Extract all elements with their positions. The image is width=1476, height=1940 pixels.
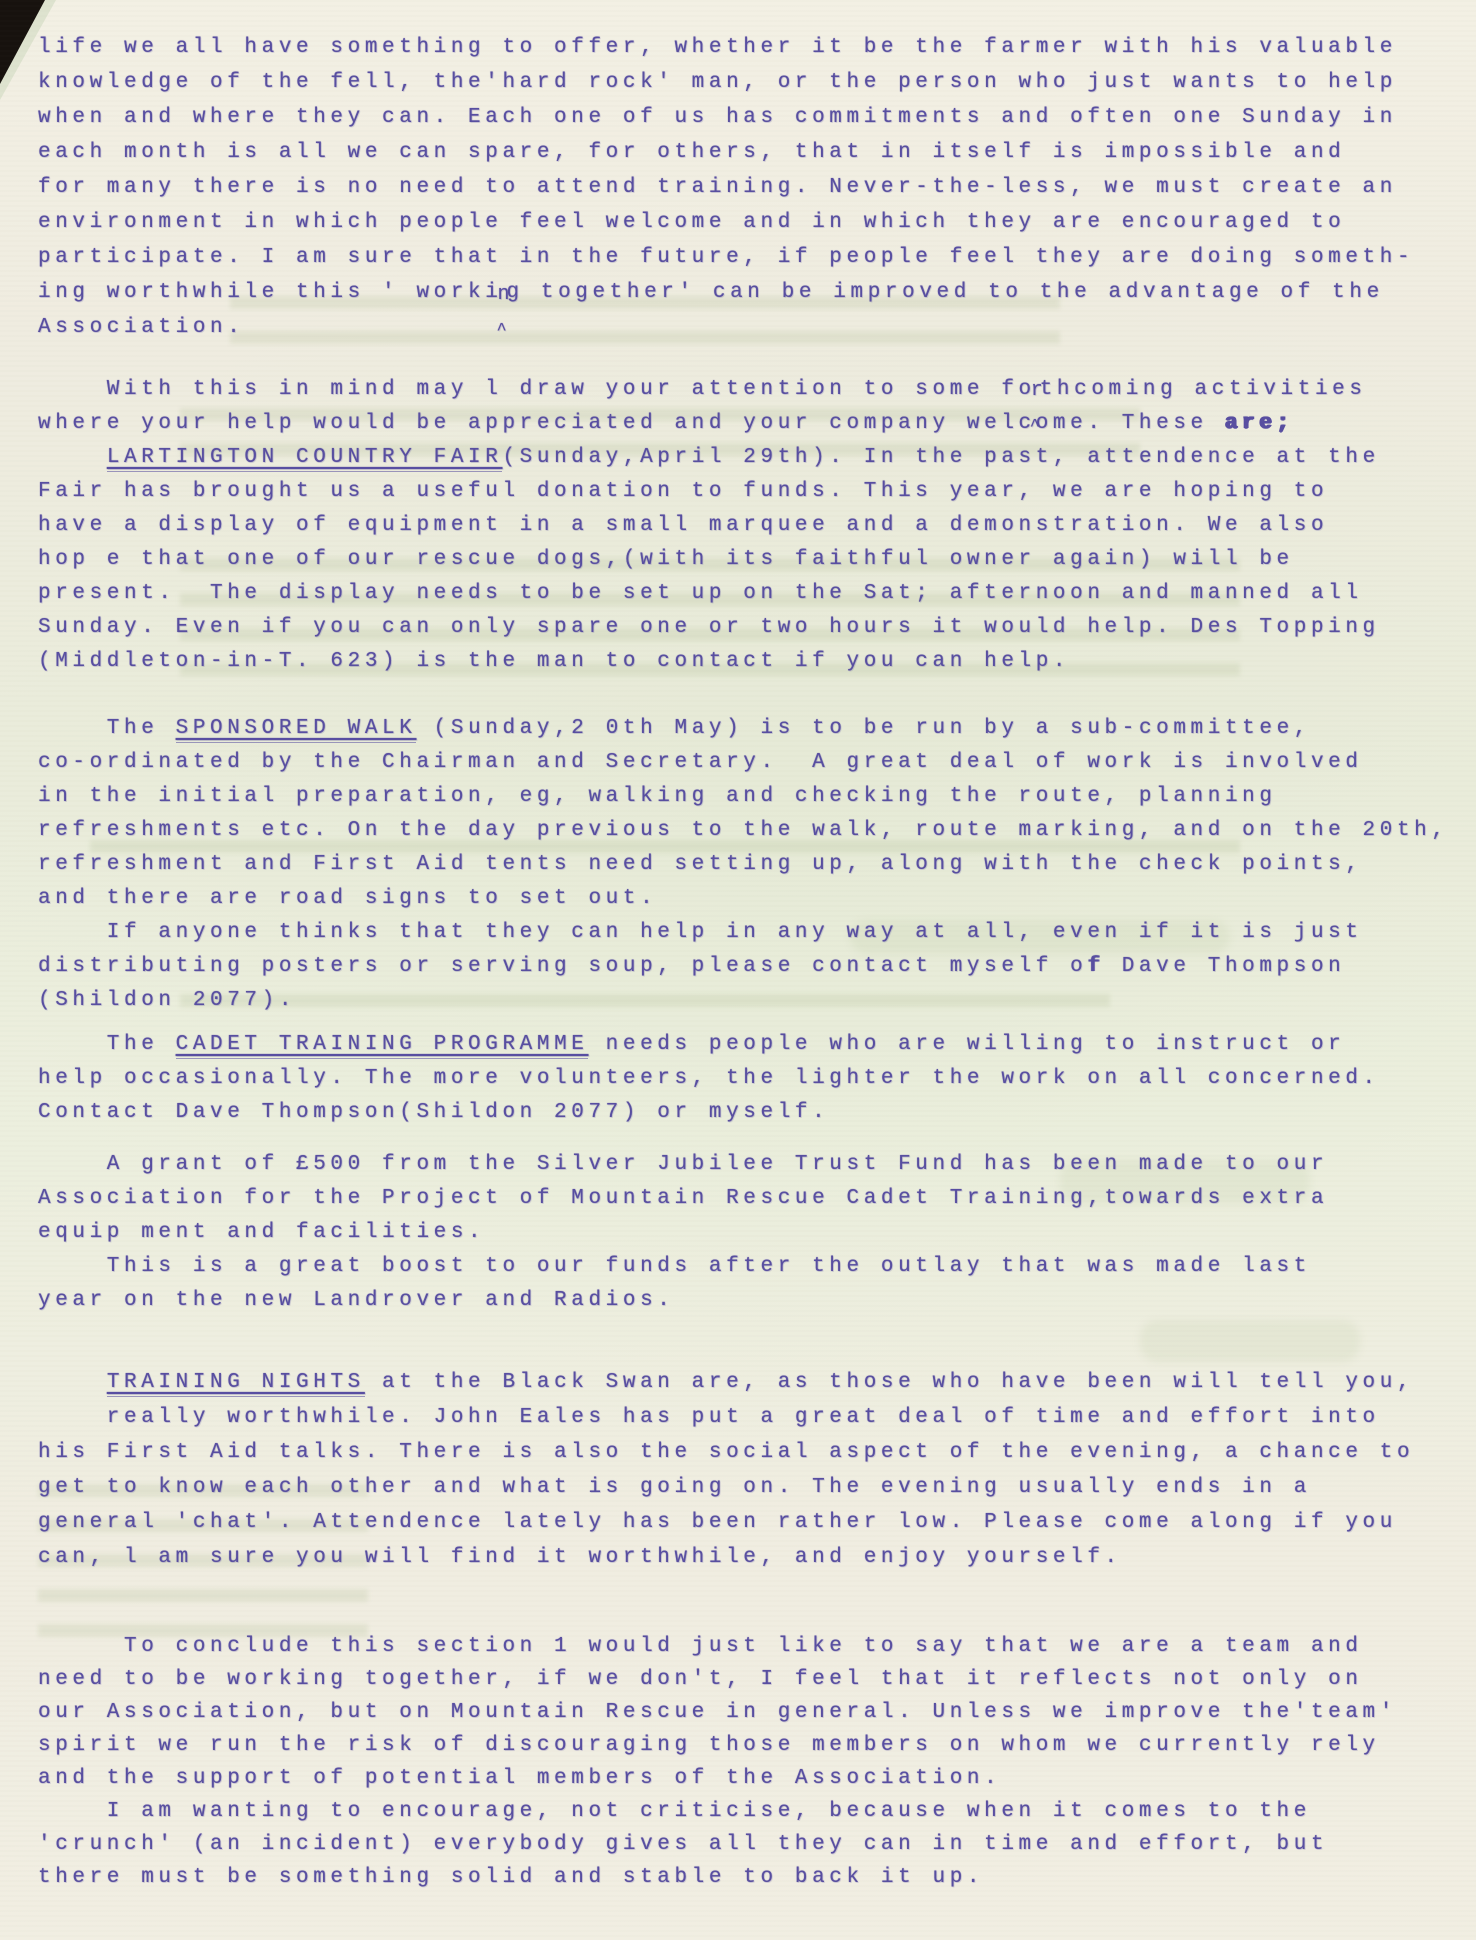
text-run: really worthwhile. John Eales has put a … bbox=[38, 1406, 1380, 1429]
typewritten-line: Contact Dave Thompson(Shildon 2077) or m… bbox=[38, 1096, 1468, 1130]
text-run: needs people who are willing to instruct… bbox=[588, 1033, 1345, 1056]
text-run: refreshment and First Aid tents need set… bbox=[38, 853, 1363, 876]
typewritten-line: The CADET TRAINING PROGRAMME needs peopl… bbox=[38, 1028, 1468, 1062]
typewritten-line: year on the new Landrover and Radios. bbox=[38, 1284, 1468, 1318]
typewritten-line: when and where they can. Each one of us … bbox=[38, 100, 1468, 135]
typewritten-line: really worthwhile. John Eales has put a … bbox=[38, 1400, 1468, 1435]
typewritten-line: TRAINING NIGHTS at the Black Swan are, a… bbox=[38, 1365, 1468, 1400]
text-run: If anyone thinks that they can help in a… bbox=[38, 921, 1363, 944]
typewritten-line: (Middleton-in-T. 623) is the man to cont… bbox=[38, 645, 1468, 679]
underlined-heading: LARTINGTON COUNTRY FAIR bbox=[107, 446, 503, 472]
text-run: The bbox=[38, 1033, 176, 1056]
text-run: refreshments etc. On the day previous to… bbox=[38, 819, 1449, 842]
text-run: Association. bbox=[38, 316, 244, 339]
text-run: are; bbox=[1225, 412, 1294, 435]
paragraph-cadet-training-programme: The CADET TRAINING PROGRAMME needs peopl… bbox=[38, 1028, 1468, 1130]
typewritten-line: knowledge of the fell, the'hard rock' ma… bbox=[38, 65, 1468, 100]
underlined-heading: CADET TRAINING PROGRAMME bbox=[176, 1033, 589, 1059]
typewritten-line: and there are road signs to set out. bbox=[38, 882, 1468, 916]
text-run: Contact Dave Thompson(Shildon 2077) or m… bbox=[38, 1101, 829, 1124]
paragraph-silver-jubilee-grant: A grant of £500 from the Silver Jubilee … bbox=[38, 1148, 1468, 1318]
text-run: and the support of potential members of … bbox=[38, 1767, 1001, 1790]
text-run: need to be working together, if we don't… bbox=[38, 1668, 1363, 1691]
typewritten-line: With this in mind may l draw your attent… bbox=[38, 373, 1468, 407]
text-run: at the Black Swan are, as those who have… bbox=[365, 1371, 1414, 1394]
typewritten-line: spirit we run the risk of discouraging t… bbox=[38, 1729, 1468, 1762]
typewritten-line: have a display of equipment in a small m… bbox=[38, 509, 1468, 543]
text-run: can, l am sure you will find it worthwhi… bbox=[38, 1546, 1122, 1569]
text-run: thcoming activities bbox=[1040, 378, 1367, 401]
typewritten-line: need to be working together, if we don't… bbox=[38, 1663, 1468, 1696]
typewritten-line: Sunday. Even if you can only spare one o… bbox=[38, 611, 1468, 645]
typewritten-line: our Association, but on Mountain Rescue … bbox=[38, 1696, 1468, 1729]
text-run: general 'chat'. Attendence lately has be… bbox=[38, 1511, 1397, 1534]
text-run: co-ordinated by the Chairman and Secreta… bbox=[38, 751, 1363, 774]
typewritten-line: and the support of potential members of … bbox=[38, 1762, 1468, 1795]
text-run: ing worthwhile this ' worki bbox=[38, 281, 502, 304]
typewritten-line: participate. I am sure that in the futur… bbox=[38, 240, 1468, 275]
typewritten-line: ing worthwhile this ' workin^g together'… bbox=[38, 275, 1468, 310]
text-run: The bbox=[38, 717, 176, 740]
typewritten-line: for many there is no need to attend trai… bbox=[38, 170, 1468, 205]
document-text: life we all have something to offer, whe… bbox=[38, 30, 1468, 1894]
text-run: year on the new Landrover and Radios. bbox=[38, 1289, 674, 1312]
text-run: f bbox=[1087, 955, 1104, 978]
typewritten-line: environment in which people feel welcome… bbox=[38, 205, 1468, 240]
typewritten-line: help occasionally. The more volunteers, … bbox=[38, 1062, 1468, 1096]
typewritten-line: get to know each other and what is going… bbox=[38, 1470, 1468, 1505]
typewritten-line: I am wanting to encourage, not criticise… bbox=[38, 1795, 1468, 1828]
text-run: where your help would be appreciated and… bbox=[38, 412, 1225, 435]
typewritten-line: his First Aid talks. There is also the s… bbox=[38, 1435, 1468, 1470]
paragraph-conclusion: To conclude this section 1 would just li… bbox=[38, 1630, 1468, 1894]
text-run: for many there is no need to attend trai… bbox=[38, 176, 1397, 199]
underlined-heading: TRAINING NIGHTS bbox=[107, 1371, 365, 1397]
text-run: his First Aid talks. There is also the s… bbox=[38, 1441, 1414, 1464]
text-run: (Sunday,2 0th May) is to be run by a sub… bbox=[416, 717, 1311, 740]
typewritten-line: where your help would be appreciated and… bbox=[38, 407, 1468, 441]
underlined-heading: SPONSORED WALK bbox=[176, 717, 417, 743]
paragraph-intro-working-together: life we all have something to offer, whe… bbox=[38, 30, 1468, 345]
typewritten-line: general 'chat'. Attendence lately has be… bbox=[38, 1505, 1468, 1540]
text-run: A grant of £500 from the Silver Jubilee … bbox=[38, 1153, 1328, 1176]
text-run: our Association, but on Mountain Rescue … bbox=[38, 1701, 1397, 1724]
text-run: environment in which people feel welcome… bbox=[38, 211, 1345, 234]
text-run: present. The display needs to be set up … bbox=[38, 582, 1363, 605]
text-run: equip ment and facilities. bbox=[38, 1221, 485, 1244]
text-run: participate. I am sure that in the futur… bbox=[38, 246, 1414, 269]
text-run bbox=[38, 1371, 107, 1394]
typewritten-line: each month is all we can spare, for othe… bbox=[38, 135, 1468, 170]
typewritten-line: equip ment and facilities. bbox=[38, 1216, 1468, 1250]
typewritten-line: If anyone thinks that they can help in a… bbox=[38, 916, 1468, 950]
typewritten-line: LARTINGTON COUNTRY FAIR(Sunday,April 29t… bbox=[38, 441, 1468, 475]
text-run bbox=[38, 446, 107, 469]
scanned-page: life we all have something to offer, whe… bbox=[0, 0, 1476, 1940]
text-run: To conclude this section 1 would just li… bbox=[38, 1635, 1363, 1658]
text-run: there must be something solid and stable… bbox=[38, 1866, 984, 1889]
text-run: life we all have something to offer, whe… bbox=[38, 36, 1397, 59]
text-run: I am wanting to encourage, not criticise… bbox=[38, 1800, 1311, 1823]
text-run: in the initial preparation, eg, walking … bbox=[38, 785, 1277, 808]
paragraph-sponsored-walk: The SPONSORED WALK (Sunday,2 0th May) is… bbox=[38, 712, 1468, 1018]
typewritten-line: present. The display needs to be set up … bbox=[38, 577, 1468, 611]
text-run: g together' can be improved to the advan… bbox=[506, 281, 1383, 304]
text-run: With this in mind may l draw your attent… bbox=[38, 378, 1036, 401]
text-run: each month is all we can spare, for othe… bbox=[38, 141, 1345, 164]
typewritten-line: distributing posters or serving soup, pl… bbox=[38, 950, 1468, 984]
text-run: Association for the Project of Mountain … bbox=[38, 1187, 1328, 1210]
text-run: when and where they can. Each one of us … bbox=[38, 106, 1397, 129]
typewritten-line: co-ordinated by the Chairman and Secreta… bbox=[38, 746, 1468, 780]
typewritten-line: This is a great boost to our funds after… bbox=[38, 1250, 1468, 1284]
typewritten-line: refreshment and First Aid tents need set… bbox=[38, 848, 1468, 882]
typewritten-line: there must be something solid and stable… bbox=[38, 1861, 1468, 1894]
text-run: knowledge of the fell, the'hard rock' ma… bbox=[38, 71, 1397, 94]
text-run: hop e that one of our rescue dogs,(with … bbox=[38, 548, 1294, 571]
text-run: 'crunch' (an incident) everybody gives a… bbox=[38, 1833, 1328, 1856]
text-run: (Sunday,April 29th). In the past, attend… bbox=[502, 446, 1379, 469]
typewritten-line: 'crunch' (an incident) everybody gives a… bbox=[38, 1828, 1468, 1861]
paragraph-forthcoming-activities-and-country-fair: With this in mind may l draw your attent… bbox=[38, 373, 1468, 679]
typewritten-line: can, l am sure you will find it worthwhi… bbox=[38, 1540, 1468, 1575]
text-run: distributing posters or serving soup, pl… bbox=[38, 955, 1087, 978]
typewritten-line: Fair has brought us a useful donation to… bbox=[38, 475, 1468, 509]
typewritten-line: Association for the Project of Mountain … bbox=[38, 1182, 1468, 1216]
typewritten-line: Association. bbox=[38, 310, 1468, 345]
text-run: Sunday. Even if you can only spare one o… bbox=[38, 616, 1380, 639]
typewritten-line: The SPONSORED WALK (Sunday,2 0th May) is… bbox=[38, 712, 1468, 746]
text-run: help occasionally. The more volunteers, … bbox=[38, 1067, 1380, 1090]
text-run: and there are road signs to set out. bbox=[38, 887, 657, 910]
typewritten-line: hop e that one of our rescue dogs,(with … bbox=[38, 543, 1468, 577]
typewritten-line: To conclude this section 1 would just li… bbox=[38, 1630, 1468, 1663]
paragraph-training-nights: TRAINING NIGHTS at the Black Swan are, a… bbox=[38, 1365, 1468, 1575]
text-run: Dave Thompson bbox=[1105, 955, 1346, 978]
text-run: have a display of equipment in a small m… bbox=[38, 514, 1328, 537]
text-run: spirit we run the risk of discouraging t… bbox=[38, 1734, 1380, 1757]
typewritten-line: in the initial preparation, eg, walking … bbox=[38, 780, 1468, 814]
typewritten-line: life we all have something to offer, whe… bbox=[38, 30, 1468, 65]
text-run: Fair has brought us a useful donation to… bbox=[38, 480, 1328, 503]
typewritten-line: (Shildon 2077). bbox=[38, 984, 1468, 1018]
typewritten-line: A grant of £500 from the Silver Jubilee … bbox=[38, 1148, 1468, 1182]
text-run: get to know each other and what is going… bbox=[38, 1476, 1311, 1499]
text-run: This is a great boost to our funds after… bbox=[38, 1255, 1311, 1278]
text-run: (Shildon 2077). bbox=[38, 989, 296, 1012]
typewritten-line: refreshments etc. On the day previous to… bbox=[38, 814, 1468, 848]
text-run: (Middleton-in-T. 623) is the man to cont… bbox=[38, 650, 1070, 673]
